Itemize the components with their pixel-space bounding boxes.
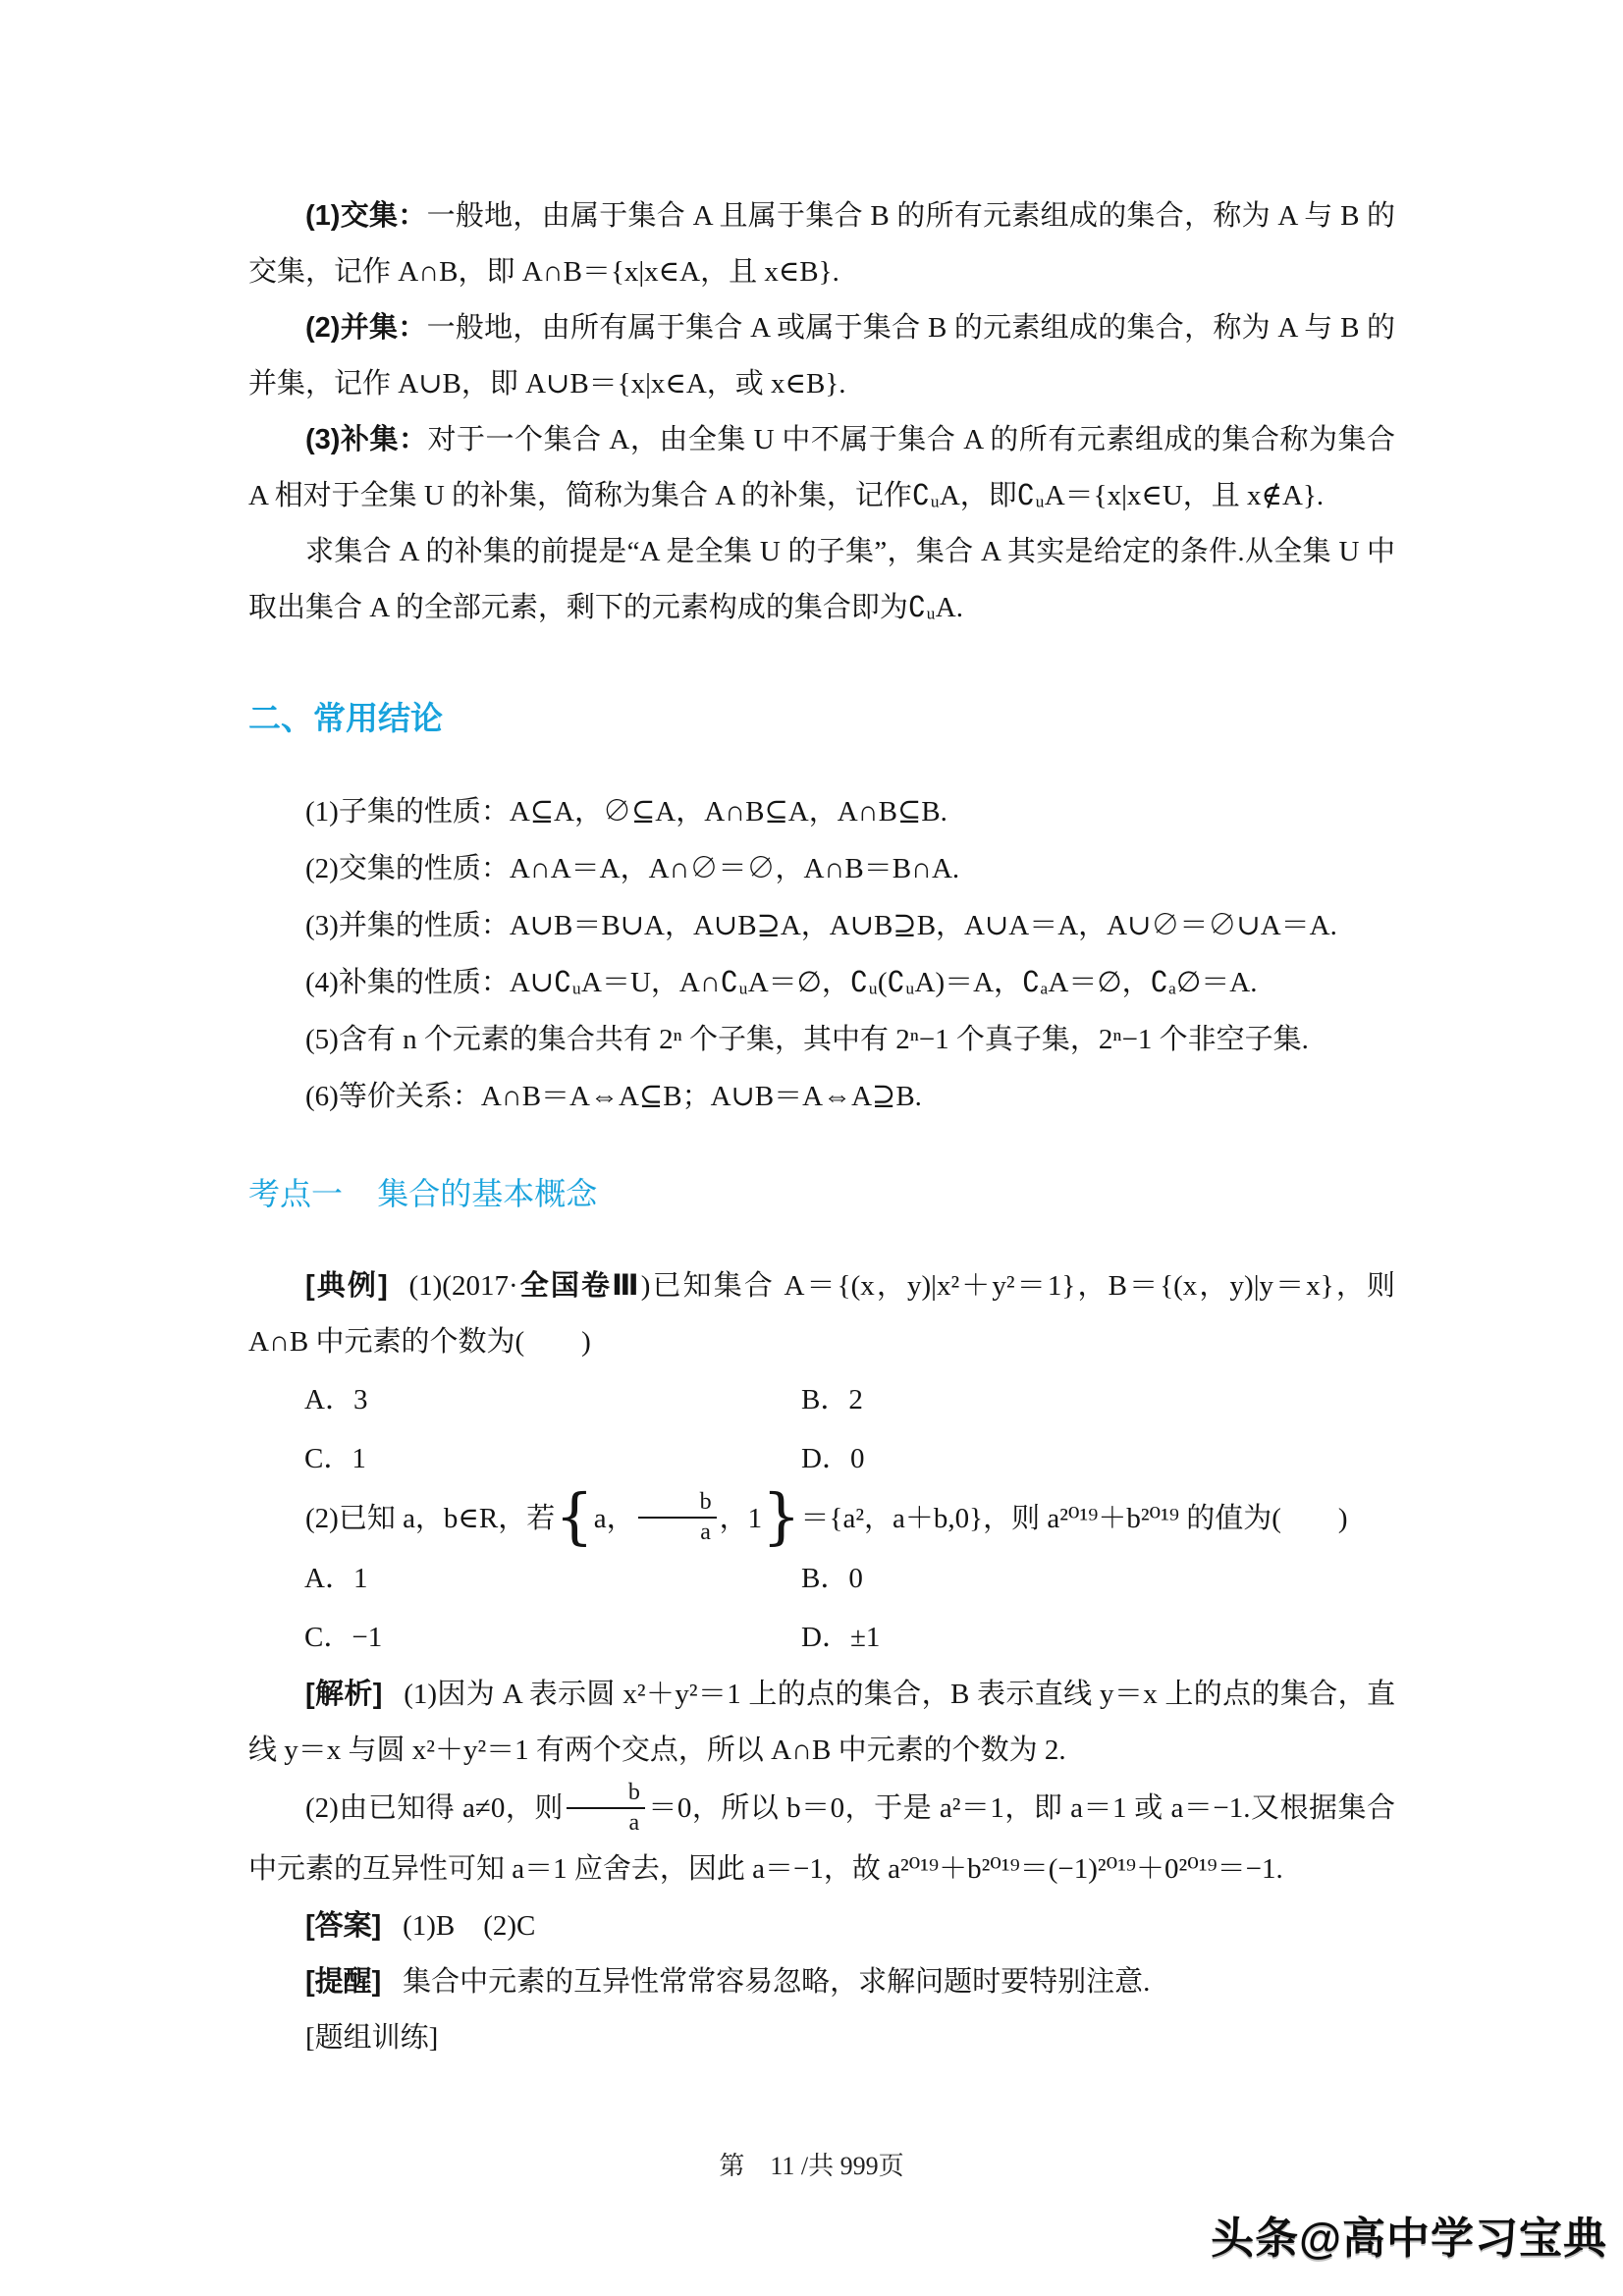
conclusion-item-5: (5)含有 n 个元素的集合共有 2ⁿ 个子集，其中有 2ⁿ−1 个真子集，2ⁿ… [248,1011,1395,1068]
conclusion-item-1: (1)子集的性质：A⊆A，∅⊆A，A∩B⊆A，A∩B⊆B. [248,783,1395,840]
exam-point-title: 集合的基本概念 [377,1176,597,1211]
q1-option-a: A．3 [304,1370,801,1429]
question1-options: A．3 B．2 C．1 D．0 [248,1370,1395,1488]
reminder-text: 集合中元素的互异性常常容易忽略，求解问题时要特别注意. [403,1966,1150,1998]
example-q1-pre: (1)(2017· [408,1270,517,1302]
fraction-numerator: b [567,1780,645,1809]
analysis-tag: [解析] [305,1679,382,1710]
fraction-b-over-a: ba [638,1489,717,1546]
right-brace: } [762,1480,800,1552]
fraction-denominator: a [572,1809,640,1837]
q2-option-b: B．0 [801,1549,1395,1608]
reminder-tag: [提醒] [305,1966,381,1998]
definition-complement-label: (3)补集： [305,424,428,455]
exam-point-heading: 考点一集合的基本概念 [248,1174,1395,1213]
analysis-p2-pre: (2)由已知得 a≠0，则 [305,1792,564,1824]
example-question-2: (2)已知 a，b∈R，若{a，ba，1}＝{a²，a＋b,0}，则 a²⁰¹⁹… [248,1488,1395,1549]
section-heading-common-conclusions: 二、常用结论 [248,699,1395,738]
conclusion-item-3: (3)并集的性质：A∪B＝B∪A，A∪B⊇A，A∪B⊇B，A∪A＝A，A∪∅＝∅… [248,897,1395,954]
answer-text: (1)B (2)C [403,1910,535,1942]
fraction-b-over-a-solution: ba [567,1780,645,1837]
q2-option-c: C．−1 [304,1608,801,1667]
reminder-line: [提醒]集合中元素的互异性常常容易忽略，求解问题时要特别注意. [248,1954,1395,2010]
conclusions-list: (1)子集的性质：A⊆A，∅⊆A，A∩B⊆A，A∩B⊆B. (2)交集的性质：A… [248,783,1395,1125]
complement-note: 求集合 A 的补集的前提是“A 是全集 U 的子集”，集合 A 其实是给定的条件… [248,524,1395,636]
fraction-denominator: a [643,1519,711,1546]
example-q1-source: 全国卷Ⅲ [518,1270,641,1302]
example-q2-pre: (2)已知 a，b∈R，若 [305,1503,555,1534]
definition-intersection: (1)交集：一般地，由属于集合 A 且属于集合 B 的所有元素组成的集合，称为 … [248,188,1395,300]
q2-option-d: D．±1 [801,1608,1395,1667]
conclusion-item-6: (6)等价关系：A∩B＝A⇔A⊆B；A∪B＝A⇔A⊇B. [248,1068,1395,1125]
exam-point-label: 考点一 [248,1176,343,1211]
watermark-text: 头条@高中学习宝典 [1211,2203,1607,2266]
example-tag: [典例] [305,1270,388,1302]
left-brace: { [555,1480,593,1552]
q1-option-b: B．2 [801,1370,1395,1429]
page-content: (1)交集：一般地，由属于集合 A 且属于集合 B 的所有元素组成的集合，称为 … [248,188,1395,2066]
definition-union-label: (2)并集： [305,312,427,344]
conclusion-item-2: (2)交集的性质：A∩A＝A，A∩∅＝∅，A∩B＝B∩A. [248,840,1395,897]
training-group-label: [题组训练] [248,2010,1395,2066]
analysis-part-2: (2)由已知得 a≠0，则ba＝0，所以 b＝0，于是 a²＝1，即 a＝1 或… [248,1779,1395,1897]
definition-intersection-label: (1)交集： [305,200,427,232]
example-q2-set-post: ，1 [720,1503,763,1534]
q1-option-d: D．0 [801,1429,1395,1488]
answer-line: [答案](1)B (2)C [248,1898,1395,1954]
example-q2-set-pre: a， [594,1503,635,1534]
analysis-part-1: [解析](1)因为 A 表示圆 x²＋y²＝1 上的点的集合，B 表示直线 y＝… [248,1667,1395,1779]
definition-union: (2)并集：一般地，由所有属于集合 A 或属于集合 B 的元素组成的集合，称为 … [248,300,1395,412]
conclusion-item-4: (4)补集的性质：A∪∁ᵤA＝U，A∩∁ᵤA＝∅，∁ᵤ(∁ᵤA)＝A，∁ₐA＝∅… [248,954,1395,1011]
example-q2-text: ＝{a²，a＋b,0}，则 a²⁰¹⁹＋b²⁰¹⁹ 的值为( ) [801,1503,1348,1534]
document-page: (1)交集：一般地，由属于集合 A 且属于集合 B 的所有元素组成的集合，称为 … [0,0,1623,2296]
analysis-p1-text: (1)因为 A 表示圆 x²＋y²＝1 上的点的集合，B 表示直线 y＝x 上的… [248,1679,1395,1766]
q2-option-a: A．1 [304,1549,801,1608]
q1-option-c: C．1 [304,1429,801,1488]
question2-options: A．1 B．0 C．−1 D．±1 [248,1549,1395,1667]
example-question-1: [典例](1)(2017·全国卷Ⅲ)已知集合 A＝{(x，y)|x²＋y²＝1}… [248,1258,1395,1370]
definition-complement: (3)补集：对于一个集合 A，由全集 U 中不属于集合 A 的所有元素组成的集合… [248,412,1395,524]
answer-tag: [答案] [305,1910,381,1942]
fraction-numerator: b [638,1489,717,1519]
page-number-footer: 第 11 /共 999页 [0,2146,1623,2182]
